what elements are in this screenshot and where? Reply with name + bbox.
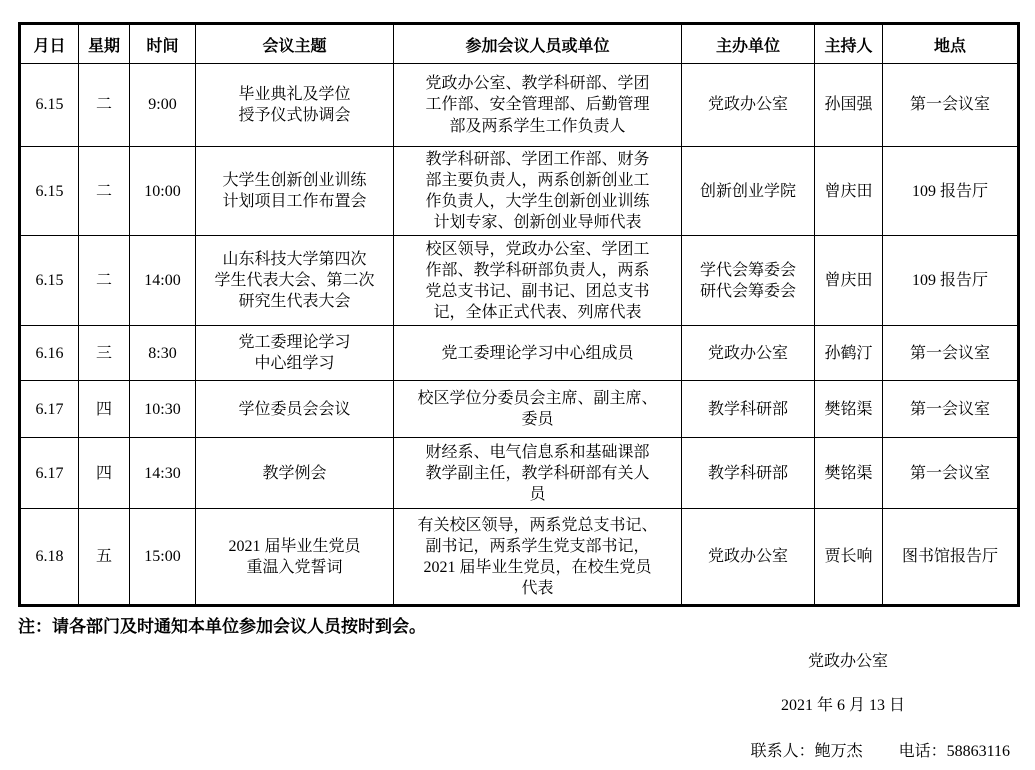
cell-weekday: 三 bbox=[79, 326, 130, 381]
cell-date: 6.17 bbox=[20, 381, 79, 438]
cell-weekday: 五 bbox=[79, 509, 130, 606]
cell-host: 樊铭渠 bbox=[815, 381, 883, 438]
cell-date: 6.18 bbox=[20, 509, 79, 606]
cell-location: 第一会议室 bbox=[883, 381, 1019, 438]
header-host: 主持人 bbox=[815, 24, 883, 64]
cell-topic: 山东科技大学第四次 学生代表大会、第二次 研究生代表大会 bbox=[196, 236, 394, 326]
table-row: 6.18 五 15:00 2021 届毕业生党员 重温入党誓词 有关校区领导，两… bbox=[20, 509, 1019, 606]
cell-time: 8:30 bbox=[130, 326, 196, 381]
cell-location: 第一会议室 bbox=[883, 438, 1019, 509]
cell-host: 孙鹤汀 bbox=[815, 326, 883, 381]
table-row: 6.17 四 10:30 学位委员会会议 校区学位分委员会主席、副主席、 委员 … bbox=[20, 381, 1019, 438]
cell-location: 第一会议室 bbox=[883, 64, 1019, 147]
cell-time: 14:30 bbox=[130, 438, 196, 509]
cell-time: 10:00 bbox=[130, 147, 196, 236]
cell-time: 9:00 bbox=[130, 64, 196, 147]
cell-weekday: 四 bbox=[79, 381, 130, 438]
cell-host: 曾庆田 bbox=[815, 147, 883, 236]
cell-organizer: 教学科研部 bbox=[682, 381, 815, 438]
cell-participants: 有关校区领导，两系党总支书记、 副书记，两系学生党支部书记， 2021 届毕业生… bbox=[394, 509, 682, 606]
cell-topic: 学位委员会会议 bbox=[196, 381, 394, 438]
note-text: 注：请各部门及时通知本单位参加会议人员按时到会。 bbox=[18, 612, 426, 637]
header-participants: 参加会议人员或单位 bbox=[394, 24, 682, 64]
cell-participants: 校区学位分委员会主席、副主席、 委员 bbox=[394, 381, 682, 438]
header-time: 时间 bbox=[130, 24, 196, 64]
contact-phone: 电话：58863116 bbox=[899, 743, 1010, 760]
cell-location: 图书馆报告厅 bbox=[883, 509, 1019, 606]
cell-date: 6.16 bbox=[20, 326, 79, 381]
cell-weekday: 四 bbox=[79, 438, 130, 509]
cell-time: 15:00 bbox=[130, 509, 196, 606]
cell-host: 贾长响 bbox=[815, 509, 883, 606]
cell-organizer: 学代会筹委会 研代会筹委会 bbox=[682, 236, 815, 326]
header-row: 月日 星期 时间 会议主题 参加会议人员或单位 主办单位 主持人 地点 bbox=[20, 24, 1019, 64]
cell-participants: 党工委理论学习中心组成员 bbox=[394, 326, 682, 381]
cell-host: 曾庆田 bbox=[815, 236, 883, 326]
header-organizer: 主办单位 bbox=[682, 24, 815, 64]
cell-weekday: 二 bbox=[79, 236, 130, 326]
table-row: 6.17 四 14:30 教学例会 财经系、电气信息系和基础课部 教学副主任，教… bbox=[20, 438, 1019, 509]
document-page: 月日 星期 时间 会议主题 参加会议人员或单位 主办单位 主持人 地点 6.15… bbox=[0, 0, 1035, 770]
cell-location: 109 报告厅 bbox=[883, 236, 1019, 326]
cell-time: 10:30 bbox=[130, 381, 196, 438]
cell-participants: 校区领导，党政办公室、学团工 作部、教学科研部负责人，两系 党总支书记、副书记、… bbox=[394, 236, 682, 326]
cell-weekday: 二 bbox=[79, 64, 130, 147]
table-row: 6.16 三 8:30 党工委理论学习 中心组学习 党工委理论学习中心组成员 党… bbox=[20, 326, 1019, 381]
cell-organizer: 创新创业学院 bbox=[682, 147, 815, 236]
contact-line: 联系人：鲍万杰 电话：58863116 bbox=[751, 738, 1010, 761]
cell-participants: 财经系、电气信息系和基础课部 教学副主任，教学科研部有关人 员 bbox=[394, 438, 682, 509]
cell-organizer: 党政办公室 bbox=[682, 326, 815, 381]
header-topic: 会议主题 bbox=[196, 24, 394, 64]
cell-topic: 2021 届毕业生党员 重温入党誓词 bbox=[196, 509, 394, 606]
table-row: 6.15 二 10:00 大学生创新创业训练 计划项目工作布置会 教学科研部、学… bbox=[20, 147, 1019, 236]
cell-topic: 教学例会 bbox=[196, 438, 394, 509]
cell-host: 孙国强 bbox=[815, 64, 883, 147]
cell-organizer: 党政办公室 bbox=[682, 509, 815, 606]
header-weekday: 星期 bbox=[79, 24, 130, 64]
cell-participants: 党政办公室、教学科研部、学团 工作部、安全管理部、后勤管理 部及两系学生工作负责… bbox=[394, 64, 682, 147]
cell-host: 樊铭渠 bbox=[815, 438, 883, 509]
cell-weekday: 二 bbox=[79, 147, 130, 236]
document-date: 2021 年 6 月 13 日 bbox=[781, 692, 905, 715]
cell-organizer: 教学科研部 bbox=[682, 438, 815, 509]
cell-organizer: 党政办公室 bbox=[682, 64, 815, 147]
cell-time: 14:00 bbox=[130, 236, 196, 326]
cell-date: 6.15 bbox=[20, 64, 79, 147]
header-location: 地点 bbox=[883, 24, 1019, 64]
cell-topic: 毕业典礼及学位 授予仪式协调会 bbox=[196, 64, 394, 147]
cell-date: 6.17 bbox=[20, 438, 79, 509]
table-row: 6.15 二 9:00 毕业典礼及学位 授予仪式协调会 党政办公室、教学科研部、… bbox=[20, 64, 1019, 147]
cell-date: 6.15 bbox=[20, 236, 79, 326]
cell-location: 第一会议室 bbox=[883, 326, 1019, 381]
header-date: 月日 bbox=[20, 24, 79, 64]
cell-topic: 大学生创新创业训练 计划项目工作布置会 bbox=[196, 147, 394, 236]
cell-date: 6.15 bbox=[20, 147, 79, 236]
signature-unit: 党政办公室 bbox=[808, 648, 888, 671]
cell-location: 109 报告厅 bbox=[883, 147, 1019, 236]
cell-participants: 教学科研部、学团工作部、财务 部主要负责人，两系创新创业工 作负责人，大学生创新… bbox=[394, 147, 682, 236]
meeting-schedule-table: 月日 星期 时间 会议主题 参加会议人员或单位 主办单位 主持人 地点 6.15… bbox=[18, 22, 1020, 607]
contact-person: 联系人：鲍万杰 bbox=[751, 743, 863, 760]
table-row: 6.15 二 14:00 山东科技大学第四次 学生代表大会、第二次 研究生代表大… bbox=[20, 236, 1019, 326]
cell-topic: 党工委理论学习 中心组学习 bbox=[196, 326, 394, 381]
